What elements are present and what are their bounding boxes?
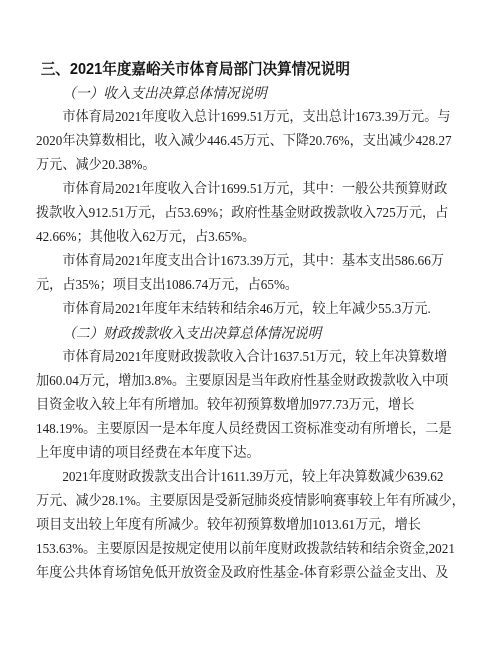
text-line: 目资金收入较上年有所增加。较年初预算数增加977.73万元，增长 [36,394,465,418]
text-line: 加60.04万元，增加3.8%。主要原因是当年政府性基金财政拨款收入中项 [36,370,465,394]
text-line: 市体育局2021年度年末结转和结余46万元，较上年减少55.3万元. [36,298,465,322]
text-line: 市体育局2021年度收入总计1699.51万元，支出总计1673.39万元。与 [36,106,465,130]
text-line: 市体育局2021年度财政拨款收入合计1637.51万元，较上年决算数增 [36,346,465,370]
document-page: 三、2021年度嘉峪关市体育局部门决算情况说明 （一）收入支出决算总体情况说明 … [0,0,500,647]
text-line: 148.19%。主要原因一是本年度人员经费因工资标准变动有所增长，二是 [36,418,465,442]
text-line: 上年度申请的项目经费在本年度下达。 [36,442,465,466]
text-line: 42.66%；其他收入62万元，占3.65%。 [36,226,465,250]
text-line: 市体育局2021年度收入合计1699.51万元，其中：一般公共预算财政 [36,178,465,202]
text-line: 万元、减少20.38%。 [36,154,465,178]
text-line: 年度公共体育场馆免低开放资金及政府性基金-体育彩票公益金支出、及 [36,562,465,586]
text-line: 市体育局2021年度支出合计1673.39万元，其中：基本支出586.66万 [36,250,465,274]
text-line: 万元、减少28.1%。主要原因是受新冠肺炎疫情影响赛事较上年有所减少， [36,490,465,514]
document-body: 三、2021年度嘉峪关市体育局部门决算情况说明 （一）收入支出决算总体情况说明 … [36,58,465,586]
subsection-heading-2: （二）财政拨款收入支出决算总体情况说明 [36,322,465,346]
section-heading: 三、2021年度嘉峪关市体育局部门决算情况说明 [41,58,465,82]
text-line: 拨款收入912.51万元，占53.69%；政府性基金财政拨款收入725万元，占 [36,202,465,226]
text-line: 2021年度财政拨款支出合计1611.39万元，较上年决算数减少639.62 [36,466,465,490]
text-line: 2020年决算数相比，收入减少446.45万元、下降20.76%，支出减少428… [36,130,465,154]
text-line: 元，占35%；项目支出1086.74万元，占65%。 [36,274,465,298]
text-line: 项目支出较上年度有所减少。较年初预算数增加1013.61万元，增长 [36,514,465,538]
subsection-heading-1: （一）收入支出决算总体情况说明 [36,82,465,106]
text-line: 153.63%。主要原因是按规定使用以前年度财政拨款结转和结余资金,2021 [36,538,465,562]
